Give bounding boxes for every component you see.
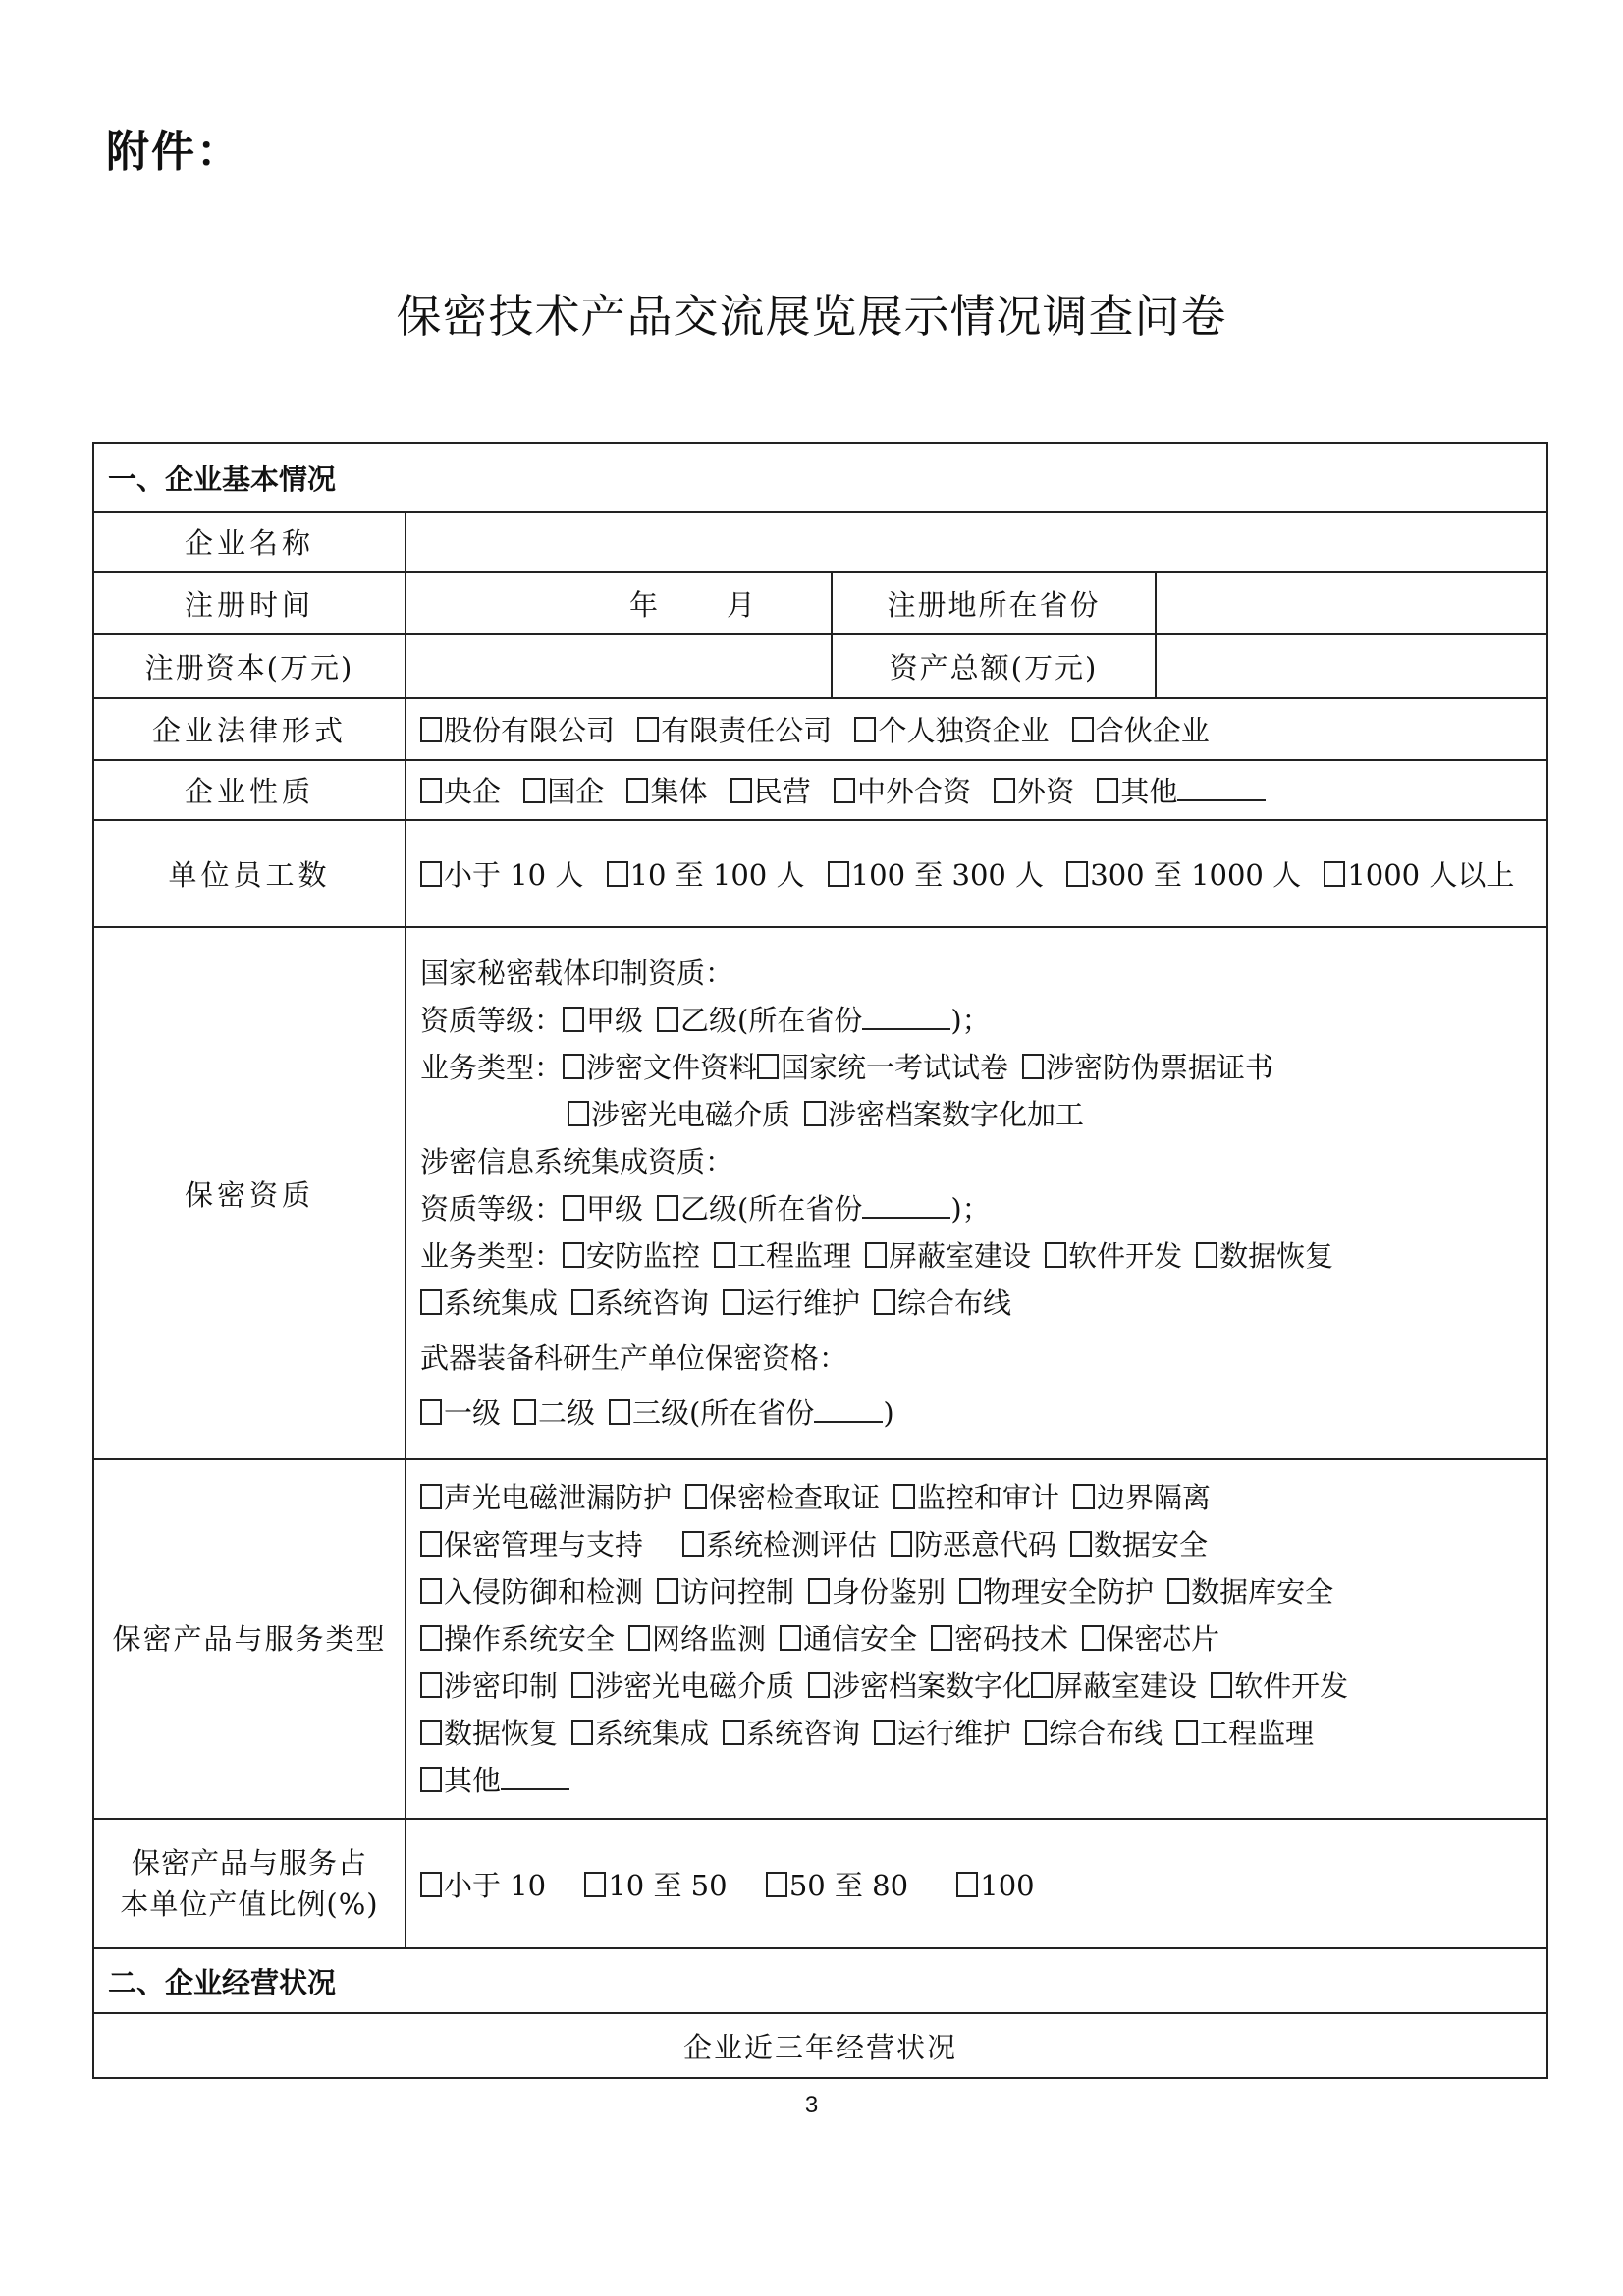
province-blank[interactable] <box>814 1399 883 1423</box>
ratio-option[interactable]: 10 至 50 <box>584 1869 727 1902</box>
qualification-label: 保密资质 <box>93 927 406 1459</box>
type-option[interactable]: 涉密防伪票据证书 <box>1022 1051 1273 1084</box>
checkbox[interactable] <box>563 1242 584 1268</box>
product-option[interactable]: 屏蔽室建设 <box>1031 1669 1197 1703</box>
section2-title: 二、企业经营状况 <box>93 1948 1547 2013</box>
other-blank[interactable] <box>501 1767 569 1790</box>
checkbox[interactable] <box>657 1007 678 1032</box>
company-name-row: 企业名称 <box>93 512 1547 572</box>
checkbox[interactable] <box>1031 1672 1053 1698</box>
checkbox[interactable] <box>420 861 442 887</box>
products-line: 其他 <box>420 1757 1533 1804</box>
section-header-row: 二、企业经营状况 <box>93 1948 1547 2013</box>
product-option[interactable]: 物理安全防护 <box>959 1575 1154 1609</box>
product-option[interactable]: 综合布线 <box>1025 1717 1163 1750</box>
survey-form-table: 一、企业基本情况 企业名称 注册时间 年月 注册地所在省份 注册资本(万元) 资… <box>92 442 1548 2079</box>
reg-time-row: 注册时间 年月 注册地所在省份 <box>93 572 1547 634</box>
checkbox[interactable] <box>571 1720 593 1745</box>
checkbox[interactable] <box>1211 1672 1232 1698</box>
reg-capital-label: 注册资本(万元) <box>93 634 406 698</box>
product-option[interactable]: 防恶意代码 <box>891 1528 1056 1561</box>
checkbox[interactable] <box>420 778 442 803</box>
document-title: 保密技术产品交流展览展示情况调查问卷 <box>0 281 1623 346</box>
legal-form-options: 股份有限公司 有限责任公司 个人独资企业 合伙企业 <box>406 698 1547 760</box>
level-option[interactable]: 二级 <box>514 1396 595 1430</box>
checkbox[interactable] <box>1066 861 1088 887</box>
printing-heading: 国家秘密载体印制资质： <box>420 950 1533 997</box>
section2-subtitle: 企业近三年经营状况 <box>93 2013 1547 2078</box>
page-number: 3 <box>0 2092 1623 2119</box>
checkbox[interactable] <box>854 717 876 742</box>
province-blank[interactable] <box>862 1195 950 1219</box>
products-line: 声光电磁泄漏防护保密检查取证监控和审计边界隔离 <box>420 1474 1533 1521</box>
checkbox[interactable] <box>723 1720 744 1745</box>
checkbox[interactable] <box>420 1399 442 1425</box>
checkbox[interactable] <box>609 1399 630 1425</box>
checkbox[interactable] <box>563 1007 584 1032</box>
product-option[interactable]: 数据恢复 <box>420 1717 558 1750</box>
checkbox[interactable] <box>1070 1531 1092 1557</box>
province-blank[interactable] <box>862 1007 950 1030</box>
checkbox[interactable] <box>1176 1720 1198 1745</box>
employees-row: 单位员工数 小于 10 人 10 至 100 人 100 至 300 人 300… <box>93 820 1547 927</box>
checkbox[interactable] <box>628 1625 650 1651</box>
checkbox[interactable] <box>420 717 442 742</box>
product-option[interactable]: 身份鉴别 <box>808 1575 946 1609</box>
checkbox[interactable] <box>808 1672 830 1698</box>
checkbox[interactable] <box>956 1872 978 1897</box>
ratio-label: 保密产品与服务占 本单位产值比例(%) <box>93 1819 406 1948</box>
product-option[interactable]: 数据库安全 <box>1167 1575 1333 1609</box>
product-option[interactable]: 软件开发 <box>1211 1669 1348 1703</box>
checkbox[interactable] <box>563 1195 584 1221</box>
product-option[interactable]: 涉密光电磁介质 <box>571 1669 794 1703</box>
checkbox[interactable] <box>808 1578 830 1604</box>
product-option[interactable]: 系统咨询 <box>723 1717 860 1750</box>
product-option[interactable]: 涉密印制 <box>420 1669 558 1703</box>
legal-form-label: 企业法律形式 <box>93 698 406 760</box>
printing-level-line: 资质等级：甲级乙级(所在省份)； <box>420 997 1533 1044</box>
checkbox[interactable] <box>1025 1720 1047 1745</box>
product-option[interactable]: 系统集成 <box>571 1717 709 1750</box>
checkbox[interactable] <box>714 1242 735 1268</box>
attachment-label: 附件： <box>106 116 242 179</box>
month-label: 月 <box>727 583 755 624</box>
nature-option[interactable]: 中外合资 <box>834 775 971 808</box>
type-option[interactable]: 涉密档案数字化加工 <box>804 1098 1084 1131</box>
section1-title: 一、企业基本情况 <box>93 443 1547 512</box>
reg-time-label: 注册时间 <box>93 572 406 634</box>
employees-option[interactable]: 300 至 1000 人 <box>1066 858 1301 892</box>
type-option[interactable]: 屏蔽室建设 <box>865 1239 1031 1273</box>
total-assets-label: 资产总额(万元) <box>832 634 1156 698</box>
type-option[interactable]: 涉密文件资料 <box>563 1051 757 1084</box>
checkbox[interactable] <box>420 1720 442 1745</box>
product-option[interactable]: 操作系统安全 <box>420 1622 615 1656</box>
checkbox[interactable] <box>626 778 648 803</box>
checkbox[interactable] <box>757 1054 779 1079</box>
level-option[interactable]: 乙级(所在省份 <box>657 1004 862 1037</box>
product-option[interactable]: 工程监理 <box>1176 1717 1314 1750</box>
product-option[interactable]: 涉密档案数字化 <box>808 1669 1031 1703</box>
checkbox[interactable] <box>571 1289 593 1315</box>
checkbox[interactable] <box>420 1531 442 1557</box>
checkbox[interactable] <box>893 1484 915 1509</box>
other-blank[interactable] <box>1177 778 1266 801</box>
checkbox[interactable] <box>1045 1242 1066 1268</box>
reg-province-input[interactable] <box>1156 572 1547 634</box>
legal-form-option[interactable]: 合伙企业 <box>1072 714 1210 747</box>
checkbox[interactable] <box>1073 1484 1095 1509</box>
checkbox[interactable] <box>931 1625 952 1651</box>
ratio-row: 保密产品与服务占 本单位产值比例(%) 小于 10 10 至 50 50 至 8… <box>93 1819 1547 1948</box>
checkbox[interactable] <box>420 1672 442 1698</box>
checkbox[interactable] <box>874 1289 895 1315</box>
level-option[interactable]: 乙级(所在省份 <box>657 1192 862 1226</box>
checkbox[interactable] <box>828 861 849 887</box>
product-option[interactable]: 运行维护 <box>874 1717 1011 1750</box>
employees-options: 小于 10 人 10 至 100 人 100 至 300 人 300 至 100… <box>406 820 1547 927</box>
year-label: 年 <box>629 583 658 624</box>
legal-form-row: 企业法律形式 股份有限公司 有限责任公司 个人独资企业 合伙企业 <box>93 698 1547 760</box>
type-option[interactable]: 综合布线 <box>874 1286 1011 1320</box>
product-option[interactable]: 边界隔离 <box>1073 1481 1211 1514</box>
reg-time-input[interactable]: 年月 <box>406 572 832 634</box>
level-option[interactable]: 甲级 <box>563 1192 643 1226</box>
level-option[interactable]: 三级(所在省份 <box>609 1396 814 1430</box>
legal-form-option[interactable]: 有限责任公司 <box>637 714 832 747</box>
nature-row: 企业性质 央企 国企 集体 民营 中外合资 外资 其他 <box>93 760 1547 820</box>
checkbox[interactable] <box>568 1101 589 1126</box>
products-line: 保密管理与支持系统检测评估防恶意代码数据安全 <box>420 1521 1533 1568</box>
checkbox[interactable] <box>891 1531 912 1557</box>
printing-type-line-2: 涉密光电磁介质涉密档案数字化加工 <box>420 1091 1533 1138</box>
nature-options: 央企 国企 集体 民营 中外合资 外资 其他 <box>406 760 1547 820</box>
section-header-row: 一、企业基本情况 <box>93 443 1547 512</box>
employees-label: 单位员工数 <box>93 820 406 927</box>
nature-option[interactable]: 外资 <box>994 775 1074 808</box>
product-option[interactable]: 保密芯片 <box>1082 1622 1219 1656</box>
reg-capital-input[interactable] <box>406 634 832 698</box>
checkbox[interactable] <box>657 1578 678 1604</box>
checkbox[interactable] <box>1167 1578 1189 1604</box>
product-option[interactable]: 入侵防御和检测 <box>420 1575 643 1609</box>
checkbox[interactable] <box>607 861 628 887</box>
integration-heading: 涉密信息系统集成资质： <box>420 1138 1533 1185</box>
product-option[interactable]: 保密检查取证 <box>685 1481 880 1514</box>
ratio-options: 小于 10 10 至 50 50 至 80 100 <box>406 1819 1547 1948</box>
product-option-other[interactable]: 其他 <box>420 1764 569 1797</box>
integration-level-line: 资质等级：甲级乙级(所在省份)； <box>420 1185 1533 1232</box>
checkbox[interactable] <box>1324 861 1345 887</box>
ratio-option[interactable]: 100 <box>956 1869 1034 1902</box>
products-line: 数据恢复系统集成系统咨询运行维护综合布线工程监理 <box>420 1710 1533 1757</box>
product-option[interactable]: 监控和审计 <box>893 1481 1059 1514</box>
capital-row: 注册资本(万元) 资产总额(万元) <box>93 634 1547 698</box>
weapons-heading: 武器装备科研生产单位保密资格： <box>420 1335 1533 1382</box>
company-name-label: 企业名称 <box>93 512 406 572</box>
employees-option[interactable]: 小于 10 人 <box>420 858 583 892</box>
products-label: 保密产品与服务类型 <box>93 1459 406 1819</box>
employees-option[interactable]: 10 至 100 人 <box>607 858 805 892</box>
checkbox[interactable] <box>682 1531 704 1557</box>
ratio-option[interactable]: 小于 10 <box>420 1869 546 1902</box>
type-option[interactable]: 系统咨询 <box>571 1286 709 1320</box>
product-option[interactable]: 通信安全 <box>780 1622 917 1656</box>
checkbox[interactable] <box>865 1242 887 1268</box>
product-option[interactable]: 保密管理与支持 <box>420 1528 643 1561</box>
ratio-option[interactable]: 50 至 80 <box>766 1869 908 1902</box>
type-option[interactable]: 工程监理 <box>714 1239 851 1273</box>
checkbox[interactable] <box>523 778 545 803</box>
legal-form-option[interactable]: 股份有限公司 <box>420 714 615 747</box>
product-option[interactable]: 系统检测评估 <box>682 1528 877 1561</box>
total-assets-input[interactable] <box>1156 634 1547 698</box>
level-option[interactable]: 甲级 <box>563 1004 643 1037</box>
product-option[interactable]: 网络监测 <box>628 1622 766 1656</box>
checkbox[interactable] <box>420 1767 442 1792</box>
reg-province-label: 注册地所在省份 <box>832 572 1156 634</box>
type-option[interactable]: 涉密光电磁介质 <box>568 1098 790 1131</box>
checkbox[interactable] <box>874 1720 895 1745</box>
checkbox[interactable] <box>420 1872 442 1897</box>
nature-option[interactable]: 国企 <box>523 775 604 808</box>
type-option[interactable]: 国家统一考试试卷 <box>757 1051 1008 1084</box>
qualification-options: 国家秘密载体印制资质： 资质等级：甲级乙级(所在省份)； 业务类型：涉密文件资料… <box>406 927 1547 1459</box>
type-option[interactable]: 运行维护 <box>723 1286 860 1320</box>
nature-label: 企业性质 <box>93 760 406 820</box>
checkbox[interactable] <box>584 1872 606 1897</box>
checkbox[interactable] <box>730 778 752 803</box>
products-line: 操作系统安全网络监测通信安全密码技术保密芯片 <box>420 1615 1533 1663</box>
type-option[interactable]: 系统集成 <box>420 1286 558 1320</box>
checkbox[interactable] <box>723 1289 744 1315</box>
employees-option[interactable]: 100 至 300 人 <box>828 858 1044 892</box>
company-name-input[interactable] <box>406 512 1547 572</box>
checkbox[interactable] <box>637 717 659 742</box>
checkbox[interactable] <box>994 778 1015 803</box>
checkbox[interactable] <box>563 1054 584 1079</box>
checkbox[interactable] <box>766 1872 787 1897</box>
level-option[interactable]: 一级 <box>420 1396 501 1430</box>
type-option[interactable]: 数据恢复 <box>1196 1239 1333 1273</box>
nature-option[interactable]: 其他 <box>1097 775 1266 808</box>
type-option[interactable]: 软件开发 <box>1045 1239 1182 1273</box>
nature-option[interactable]: 央企 <box>420 775 501 808</box>
checkbox[interactable] <box>657 1195 678 1221</box>
products-line: 涉密印制涉密光电磁介质涉密档案数字化屏蔽室建设软件开发 <box>420 1663 1533 1710</box>
checkbox[interactable] <box>420 1289 442 1315</box>
checkbox[interactable] <box>1022 1054 1044 1079</box>
operations-subtitle-row: 企业近三年经营状况 <box>93 2013 1547 2078</box>
checkbox[interactable] <box>1072 717 1094 742</box>
employees-option[interactable]: 1000 人以上 <box>1324 858 1514 892</box>
products-line: 入侵防御和检测访问控制身份鉴别物理安全防护数据库安全 <box>420 1568 1533 1615</box>
checkbox[interactable] <box>514 1399 536 1425</box>
integration-type-line-2: 系统集成系统咨询运行维护综合布线 <box>420 1280 1533 1327</box>
products-options: 声光电磁泄漏防护保密检查取证监控和审计边界隔离 保密管理与支持系统检测评估防恶意… <box>406 1459 1547 1819</box>
weapons-level-line: 一级二级三级(所在省份) <box>420 1390 1533 1437</box>
checkbox[interactable] <box>571 1672 593 1698</box>
product-option[interactable]: 数据安全 <box>1070 1528 1208 1561</box>
legal-form-option[interactable]: 个人独资企业 <box>854 714 1049 747</box>
qualification-row: 保密资质 国家秘密载体印制资质： 资质等级：甲级乙级(所在省份)； 业务类型：涉… <box>93 927 1547 1459</box>
checkbox[interactable] <box>1082 1625 1104 1651</box>
checkbox[interactable] <box>420 1625 442 1651</box>
product-option[interactable]: 声光电磁泄漏防护 <box>420 1481 672 1514</box>
printing-type-line: 业务类型：涉密文件资料国家统一考试试卷涉密防伪票据证书 <box>420 1044 1533 1091</box>
checkbox[interactable] <box>420 1578 442 1604</box>
checkbox[interactable] <box>959 1578 981 1604</box>
checkbox[interactable] <box>834 778 855 803</box>
checkbox[interactable] <box>780 1625 801 1651</box>
nature-option[interactable]: 民营 <box>730 775 811 808</box>
checkbox[interactable] <box>420 1484 442 1509</box>
product-option[interactable]: 密码技术 <box>931 1622 1068 1656</box>
checkbox[interactable] <box>1196 1242 1217 1268</box>
checkbox[interactable] <box>804 1101 826 1126</box>
integration-type-line: 业务类型：安防监控工程监理屏蔽室建设软件开发数据恢复 <box>420 1232 1533 1280</box>
product-option[interactable]: 访问控制 <box>657 1575 794 1609</box>
checkbox[interactable] <box>1097 778 1118 803</box>
nature-option[interactable]: 集体 <box>626 775 707 808</box>
type-option[interactable]: 安防监控 <box>563 1239 700 1273</box>
checkbox[interactable] <box>685 1484 707 1509</box>
products-row: 保密产品与服务类型 声光电磁泄漏防护保密检查取证监控和审计边界隔离 保密管理与支… <box>93 1459 1547 1819</box>
